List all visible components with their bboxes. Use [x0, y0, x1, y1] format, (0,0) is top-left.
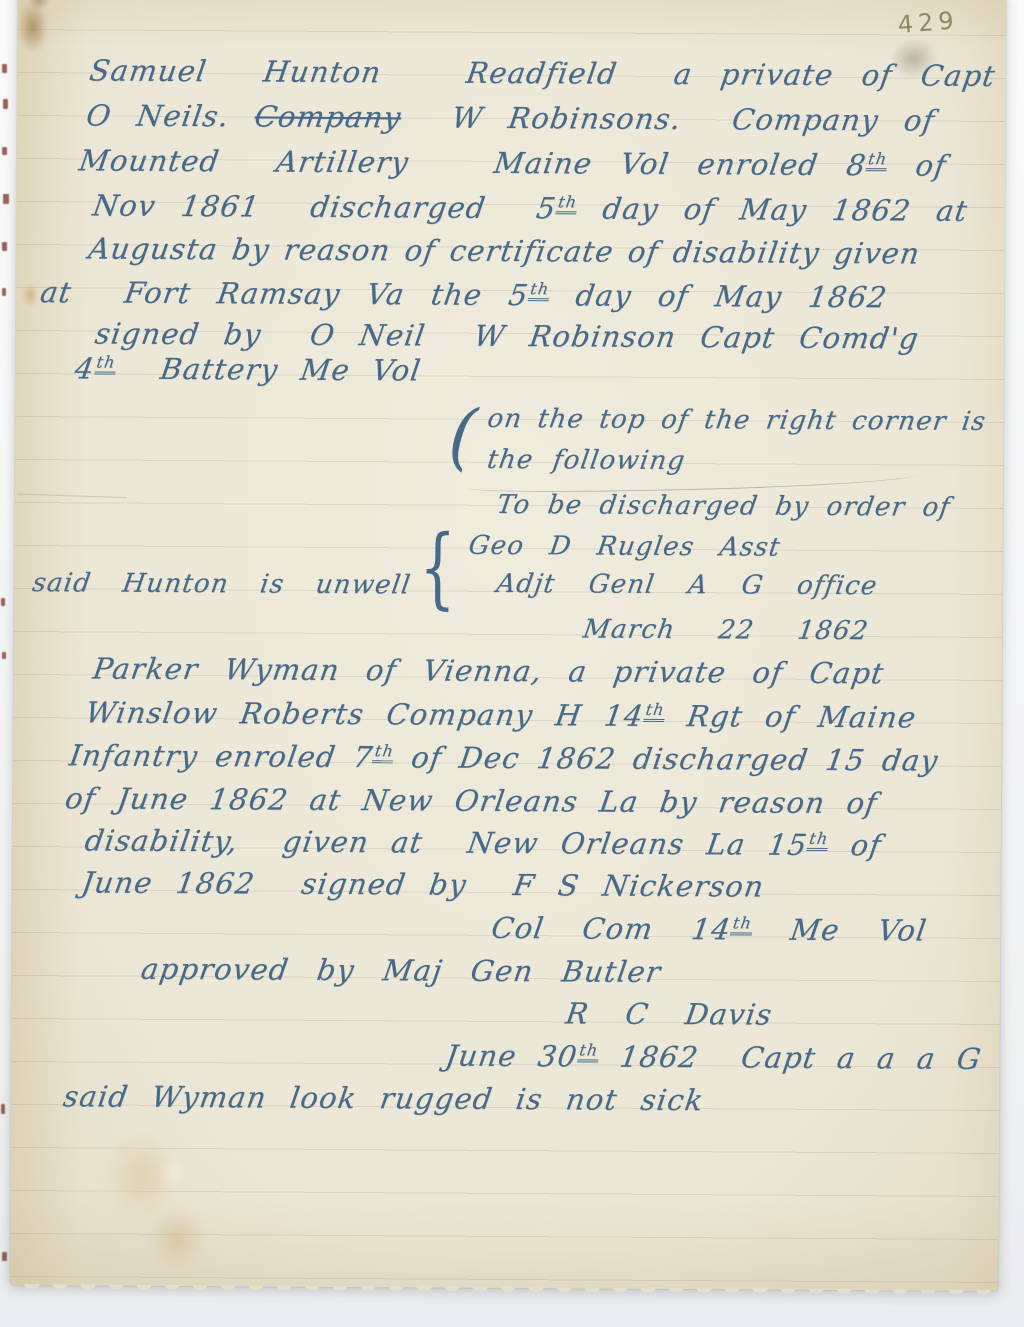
wyman-line-10: June 30th 1862 Capt a a a G [443, 1039, 984, 1076]
wyman-line-1: Parker Wyman of Vienna, a private of Cap… [91, 651, 887, 690]
wyman-line-3: Infantry enroled 7th of Dec 1862 dischar… [67, 738, 941, 777]
wyman-line-5: disability, given at New Orleans La 15th… [83, 823, 884, 862]
hunton-line-1: Samuel Hunton Readfield a private of Cap… [87, 53, 998, 93]
note-line-2: the following [485, 445, 688, 477]
page-edge-mark [1, 1104, 5, 1114]
note-line-1: on the top of the right corner is [485, 404, 988, 438]
note-line-5: Adjt Genl A G office [494, 569, 879, 602]
grouping-brace: { [419, 523, 456, 611]
page-edge-mark [2, 288, 6, 296]
hunton-line-7: signed by O Neil W Robinson Capt Comd'g [93, 316, 922, 355]
corner-stain [18, 1, 48, 53]
hunton-line-3: Mounted Artillery Maine Vol enroled 8th … [77, 143, 949, 182]
hunton-line-2: O Neils. Company W Robinsons. Company of [84, 98, 937, 137]
wyman-line-8: approved by Maj Gen Butler [139, 952, 664, 989]
side-note-hunton-unwell: said Hunton is unwell [30, 568, 413, 601]
page-edge-mark [2, 1252, 7, 1261]
wyman-line-9: R C Davis [564, 996, 775, 1031]
page-edge-mark [2, 64, 7, 73]
struck-word: Company [252, 99, 403, 134]
note-line-3: To be discharged by order of [495, 490, 953, 524]
page-edge-mark [3, 99, 8, 109]
wyman-line-6: June 1862 signed by F S Nickerson [79, 865, 766, 903]
folio-number-pencil: 429 [897, 6, 960, 39]
page-edge-mark [2, 242, 7, 251]
manuscript-paper: 429 Samuel Hunton Readfield a private of… [10, 0, 1006, 1291]
scanned-document-page: { "meta": { "folio_number": "429" }, "co… [0, 0, 1024, 1327]
wyman-line-11: said Wyman look rugged is not sick [61, 1079, 706, 1117]
page-edge-mark [3, 194, 9, 204]
hunton-line-6: at Fort Ramsay Va the 5th day of May 186… [38, 275, 890, 314]
page-edge-mark [2, 147, 7, 155]
wyman-line-4: of June 1862 at New Orleans La by reason… [63, 781, 880, 820]
note-line-6: March 22 1862 [581, 614, 871, 647]
opening-paren-flourish: ( [446, 398, 479, 475]
left-edge-stain [22, 283, 38, 307]
bottom-left-spot [161, 1158, 187, 1188]
note-line-4: Geo D Rugles Asst [467, 531, 783, 564]
page-edge-mark [2, 652, 6, 659]
hunton-line-5: Augusta by reason of certificate of disa… [86, 231, 922, 270]
wyman-line-7: Col Com 14th Me Vol [489, 911, 929, 948]
page-edge-mark [1, 598, 5, 606]
hunton-line-4: Nov 1861 discharged 5th day of May 1862 … [91, 188, 971, 227]
wyman-line-2: Winslow Roberts Company H 14th Rgt of Ma… [83, 695, 919, 734]
paper-crease [17, 494, 127, 499]
bottom-left-stain [148, 1206, 206, 1272]
hunton-line-8: 4th Battery Me Vol [73, 351, 424, 387]
